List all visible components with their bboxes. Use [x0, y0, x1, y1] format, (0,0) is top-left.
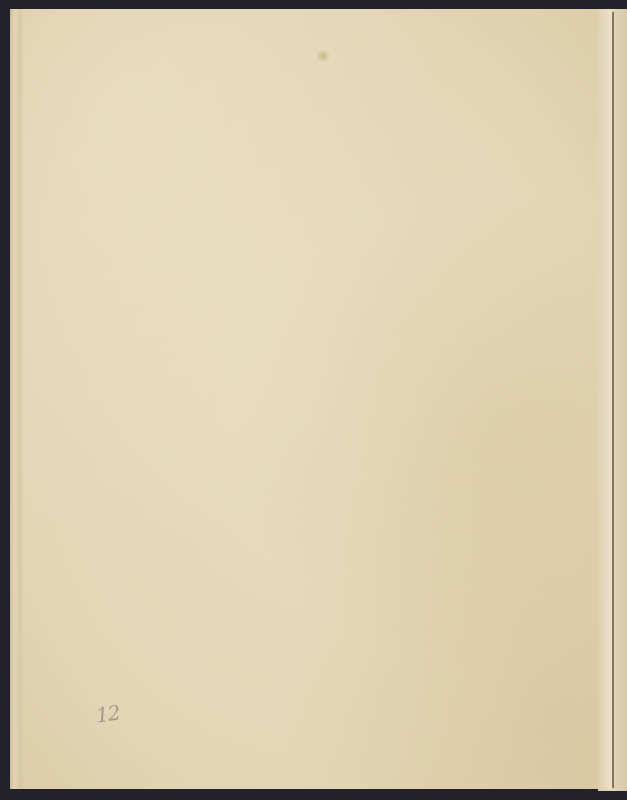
page-fold-line [612, 12, 614, 788]
blank-page [10, 9, 612, 789]
page-left-binding-edge [10, 9, 24, 789]
handwritten-page-number: 12 [94, 700, 121, 727]
page-right-edge [596, 9, 612, 789]
paper-stain [316, 50, 330, 62]
